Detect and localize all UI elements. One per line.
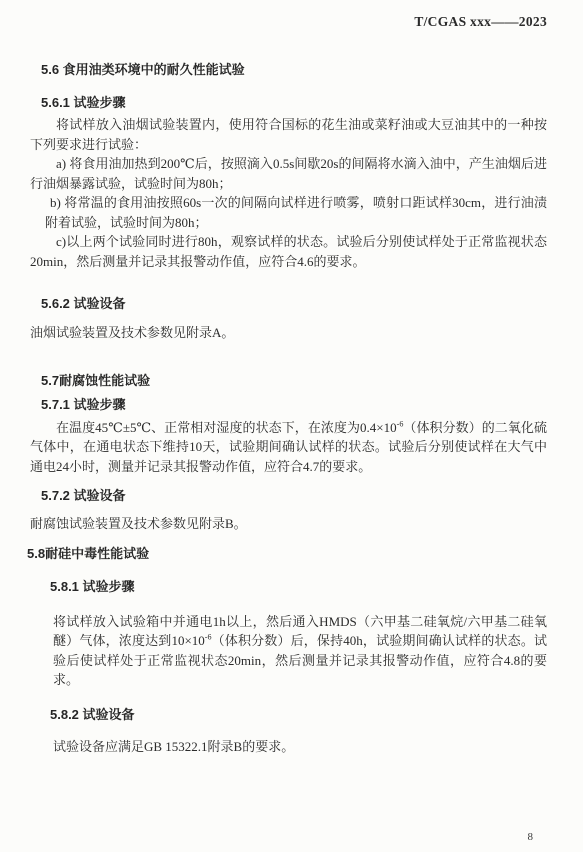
- page-number: 8: [528, 831, 534, 843]
- heading-5-7-1: 5.7.1 试验步骤: [41, 395, 547, 415]
- para-5-7-1-text-pre: 在温度45℃±5℃、正常相对湿度的状态下，在浓度为0.4×10: [56, 420, 397, 435]
- para-5-6-1-item-c: c)以上两个试验同时进行80h，观察试样的状态。试验后分别使试样处于正常监视状态…: [30, 232, 547, 271]
- heading-5-6-2: 5.6.2 试验设备: [41, 294, 547, 314]
- para-5-8-1: 将试样放入试验箱中并通电1h以上，然后通入HMDS（六甲基二硅氧烷/六甲基二硅氧…: [53, 612, 547, 690]
- para-5-6-1-item-a: a) 将食用油加热到200℃后，按照滴入0.5s间歇20s的间隔将水滴入油中，产…: [30, 154, 547, 193]
- para-5-6-1-item-b: b) 将常温的食用油按照60s一次的间隔向试样进行喷雾，喷射口距试样30cm，进…: [30, 193, 547, 232]
- para-5-8-2: 试验设备应满足GB 15322.1附录B的要求。: [53, 737, 547, 757]
- heading-5-8: 5.8耐硅中毒性能试验: [27, 544, 547, 564]
- document-page: T/CGAS xxx——2023 5.6 食用油类环境中的耐久性能试验 5.6.…: [0, 0, 583, 852]
- doc-number: T/CGAS xxx——2023: [414, 14, 547, 29]
- para-5-6-2: 油烟试验装置及技术参数见附录A。: [30, 323, 547, 343]
- para-5-7-1: 在温度45℃±5℃、正常相对湿度的状态下，在浓度为0.4×10-6（体积分数）的…: [30, 418, 547, 477]
- para-5-6-1-intro: 将试样放入油烟试验装置内，使用符合国标的花生油或菜籽油或大豆油其中的一种按下列要…: [30, 115, 547, 154]
- heading-5-6: 5.6 食用油类环境中的耐久性能试验: [41, 60, 547, 80]
- heading-5-6-1: 5.6.1 试验步骤: [41, 93, 547, 113]
- para-5-7-2: 耐腐蚀试验装置及技术参数见附录B。: [30, 514, 547, 534]
- heading-5-7: 5.7耐腐蚀性能试验: [41, 371, 547, 391]
- heading-5-8-1: 5.8.1 试验步骤: [50, 577, 547, 597]
- doc-header: T/CGAS xxx——2023: [30, 14, 547, 30]
- heading-5-8-2: 5.8.2 试验设备: [50, 705, 547, 725]
- heading-5-7-2: 5.7.2 试验设备: [41, 486, 547, 506]
